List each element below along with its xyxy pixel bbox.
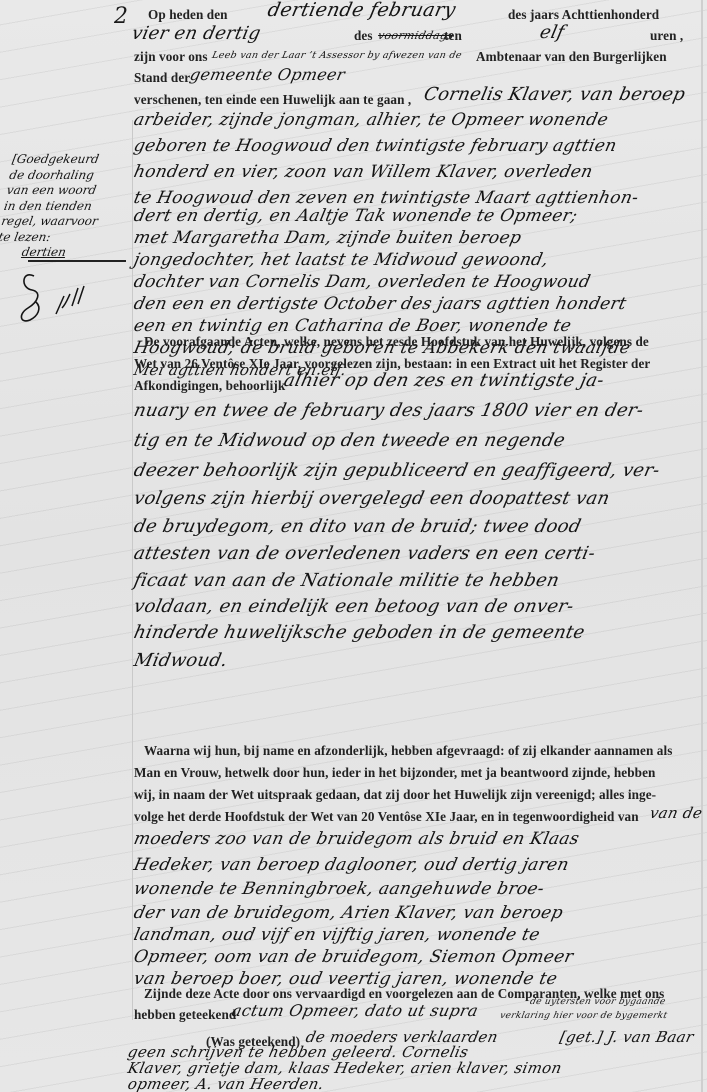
handwritten-signature: [get.] J. van Baar [557,1024,696,1051]
print-text: des [354,25,373,47]
margin-line: te lezen: [0,230,126,246]
handwritten-line: deezer behoorlijk zijn gepubliceerd en g… [131,458,662,485]
handwritten-line: de bruydegom, en dito van de bruid; twee… [131,514,583,541]
margin-rule [132,120,133,1020]
handwritten-interlinear: verklaring hier voor de bygemerkt [499,1010,669,1022]
print-text: Waarna wij hun, bij name en afzonderlijk… [144,740,673,762]
margin-annotation: [Goedgekeurd de doorhaling van een woord… [0,152,140,261]
print-text: De voorafgaande Acten, welke, nevens het… [144,331,649,353]
margin-line: de doorhaling [8,168,137,184]
handwritten-line: Midwoud. [131,648,230,675]
handwritten-line: geboren te Hoogwoud den twintigste febru… [131,133,619,160]
handwritten-line: tig en te Midwoud op den tweede en negen… [131,428,567,455]
print-emphasis: ja [486,765,497,780]
paraph-signature-icon [12,268,102,328]
print-text: Stand der [134,67,190,89]
handwritten-line: opmeer, A. van Heerden. [126,1076,325,1092]
page-edge [701,0,703,1092]
handwritten-groom: Cornelis Klaver, van beroep [421,82,688,109]
print-text: Man en Vrouw, hetwelk door hun, ieder in… [134,765,482,780]
handwritten-line: wonende te Benningbroek, aangehuwde broe… [131,876,546,903]
handwritten-line: nuary en twee de february des jaars 1800… [131,398,646,425]
margin-line: in den tienden [3,199,132,215]
handwritten-line: hinderde huwelijksche geboden in de geme… [131,620,587,647]
handwritten-official: Leeb van der Laar ’t Assessor by afwezen… [211,50,463,62]
print-text: ten [444,25,462,47]
register-page: 2 [Goedgekeurd de doorhaling van een woo… [0,0,707,1092]
print-line: Man en Vrouw, hetwelk door hun, ieder in… [134,762,655,784]
margin-replacement-word: dertien [0,245,123,261]
handwritten-line: van de [647,800,705,827]
margin-line: regel, waarvoor [0,214,129,230]
print-text: Ambtenaar van den Burgerlijken [476,46,667,68]
handwritten-line: moeders zoo van de bruidegom als bruid e… [131,826,582,853]
handwritten-time-of-day: voormiddags [377,30,455,42]
print-text: des jaars Achttienhonderd [508,4,659,26]
handwritten-line: alhier op den zes en twintigste ja- [281,368,606,395]
handwritten-actum: actum Opmeer, dato ut supra [229,998,480,1025]
handwritten-hour: elf [537,20,567,47]
print-text: Afkondigingen, behoorlijk [134,375,285,397]
handwritten-line: volgens zijn hierbij overgelegd een doop… [131,486,612,513]
print-text: hebben geteekend [134,1004,236,1026]
print-text: wij, in naam der Wet uitspraak gedaan, d… [134,784,656,806]
handwritten-line: Hedeker, van beroep daglooner, oud derti… [131,852,571,879]
margin-line: [Goedgekeurd [11,152,140,168]
handwritten-line: honderd en vier, zoon van Willem Klaver,… [131,159,595,186]
handwritten-date: dertiende february [265,0,458,24]
margin-line: van een woord [5,183,134,199]
handwritten-line: ficaat van aan de Nationale militie te h… [131,568,562,595]
print-text: volge het derde Hoofdstuk der Wet van 20… [134,806,639,828]
handwritten-interlinear: de uytersten voor bygaande [529,996,667,1008]
handwritten-line: voldaan, en eindelijk een betoog van de … [131,594,576,621]
handwritten-year: vier en dertig [129,21,263,48]
margin-underline [28,260,126,262]
handwritten-line: attesten van de overledenen vaders en ee… [131,541,597,568]
handwritten-line: arbeider, zijnde jongman, alhier, te Opm… [131,107,611,134]
print-text: uren , [650,25,683,47]
print-text: beantwoord zijnde, hebben [500,765,655,780]
handwritten-municipality: gemeente Opmeer [187,62,347,89]
entry-number: 2 [114,4,128,29]
